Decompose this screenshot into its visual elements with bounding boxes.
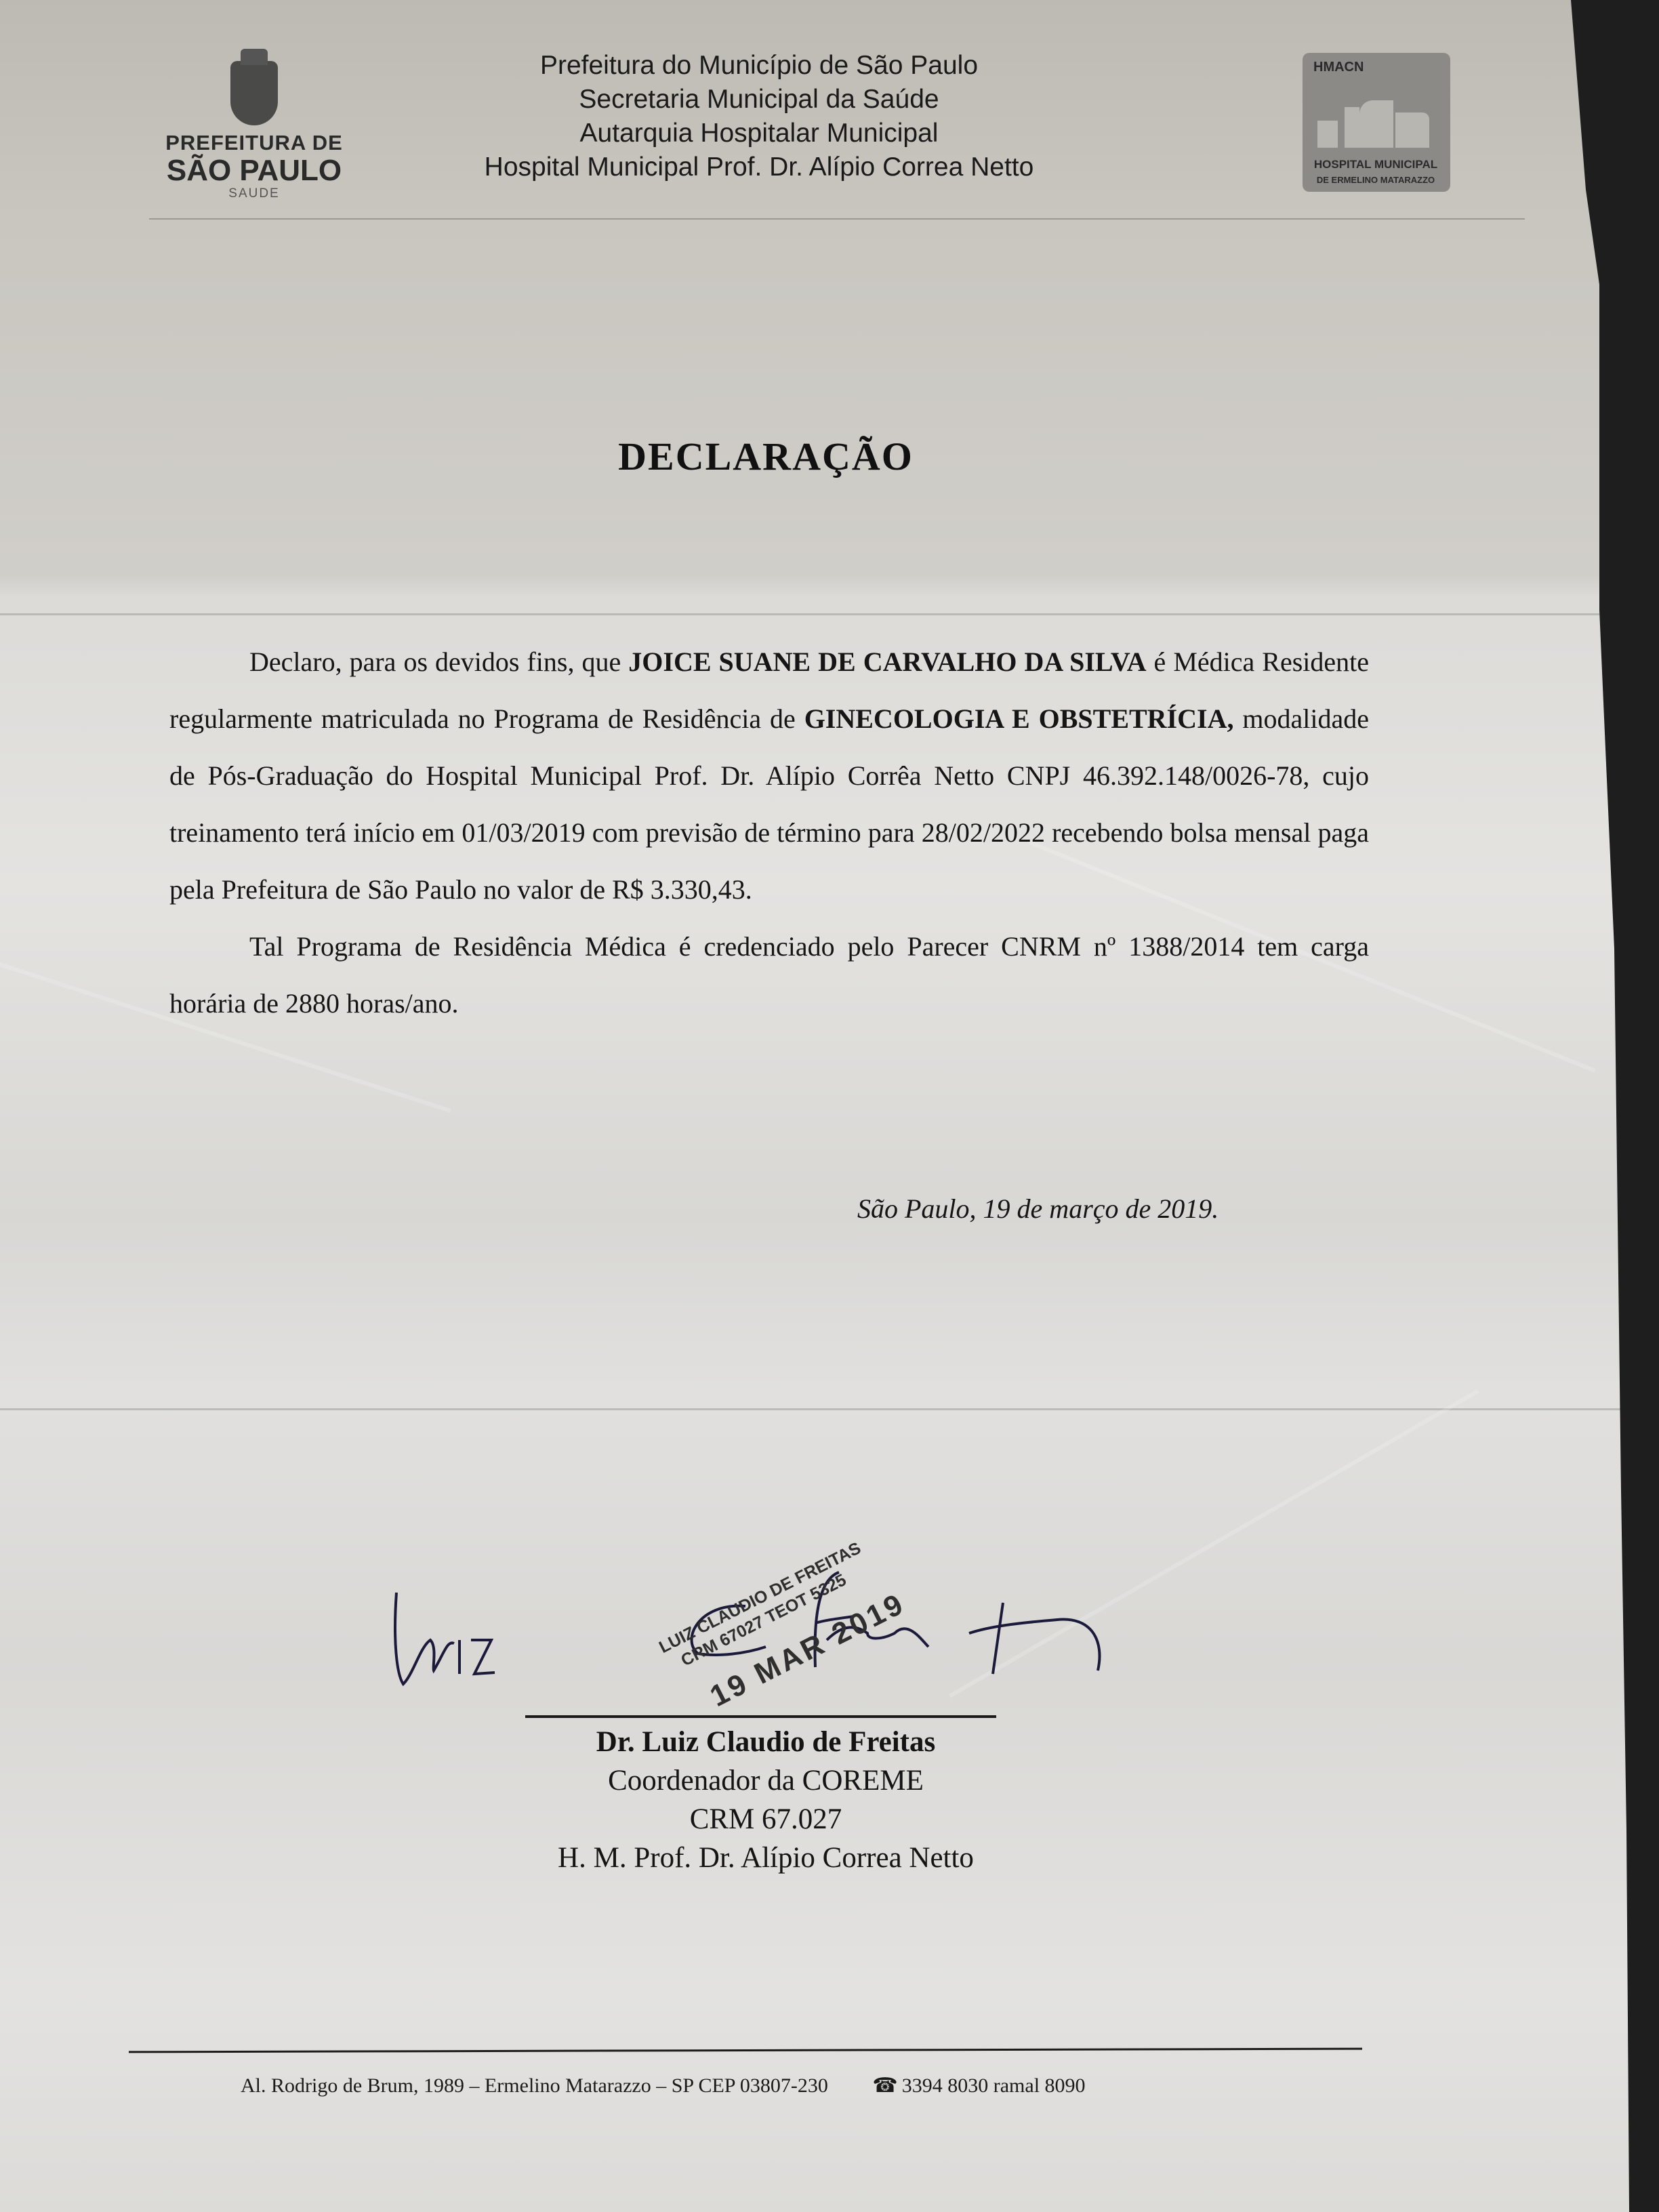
hospital-abbreviation: HMACN (1313, 60, 1364, 75)
program-name: GINECOLOGIA E OBSTETRÍCIA, (804, 703, 1234, 734)
institution-line: Prefeitura do Município de São Paulo (380, 49, 1139, 83)
footer: Al. Rodrigo de Brum, 1989 – Ermelino Mat… (241, 2074, 1086, 2097)
letterhead: PREFEITURA DE SÃO PAULO SAUDE Prefeitura… (0, 0, 1559, 224)
signer-block: Dr. Luiz Claudio de Freitas Coordenador … (0, 1723, 1532, 1877)
hospital-building-icon (1317, 100, 1433, 148)
signer-crm: CRM 67.027 (0, 1800, 1532, 1839)
place-date: São Paulo, 19 de março de 2019. (857, 1193, 1218, 1225)
declaration-paragraph: Declaro, para os devidos fins, que JOICE… (169, 634, 1369, 918)
institution-line: Autarquia Hospitalar Municipal (380, 117, 1139, 150)
signer-role: Coordenador da COREME (0, 1761, 1532, 1800)
institution-block: Prefeitura do Município de São Paulo Sec… (380, 49, 1139, 184)
declaration-paragraph: Tal Programa de Residência Médica é cred… (169, 918, 1369, 1032)
prefeitura-logo: PREFEITURA DE SÃO PAULO SAUDE (152, 61, 356, 201)
signer-name: Dr. Luiz Claudio de Freitas (0, 1723, 1532, 1761)
resident-name: JOICE SUANE DE CARVALHO DA SILVA (628, 647, 1146, 677)
phone-number: 3394 8030 ramal 8090 (902, 2074, 1086, 2097)
logo-line: PREFEITURA DE (152, 131, 356, 155)
institution-line: Hospital Municipal Prof. Dr. Alípio Corr… (380, 150, 1139, 184)
coat-of-arms-icon (230, 61, 278, 125)
footer-phone: ☎3394 8030 ramal 8090 (872, 2074, 1085, 2097)
fold-crease (0, 613, 1659, 615)
signer-institution: H. M. Prof. Dr. Alípio Correa Netto (0, 1839, 1532, 1877)
declaration-body: Declaro, para os devidos fins, que JOICE… (169, 634, 1369, 1032)
logo-line: SÃO PAULO (152, 155, 356, 186)
hospital-logo: HMACN HOSPITAL MUNICIPAL DE ERMELINO MAT… (1303, 53, 1450, 192)
hospital-name: DE ERMELINO MATARAZZO (1308, 175, 1443, 185)
logo-line: SAUDE (152, 186, 356, 201)
hospital-name: HOSPITAL MUNICIPAL (1308, 158, 1443, 171)
fold-crease (0, 1408, 1659, 1410)
paragraph-text: Declaro, para os devidos fins, que (249, 647, 628, 677)
document-title: DECLARAÇÃO (0, 434, 1532, 479)
header-divider (149, 218, 1525, 220)
paper-sheet: PREFEITURA DE SÃO PAULO SAUDE Prefeitura… (0, 0, 1659, 2212)
footer-divider (129, 2048, 1362, 2053)
signature-line (525, 1715, 996, 1718)
institution-line: Secretaria Municipal da Saúde (380, 83, 1139, 117)
footer-address: Al. Rodrigo de Brum, 1989 – Ermelino Mat… (241, 2074, 828, 2097)
telephone-icon: ☎ (872, 2074, 897, 2097)
